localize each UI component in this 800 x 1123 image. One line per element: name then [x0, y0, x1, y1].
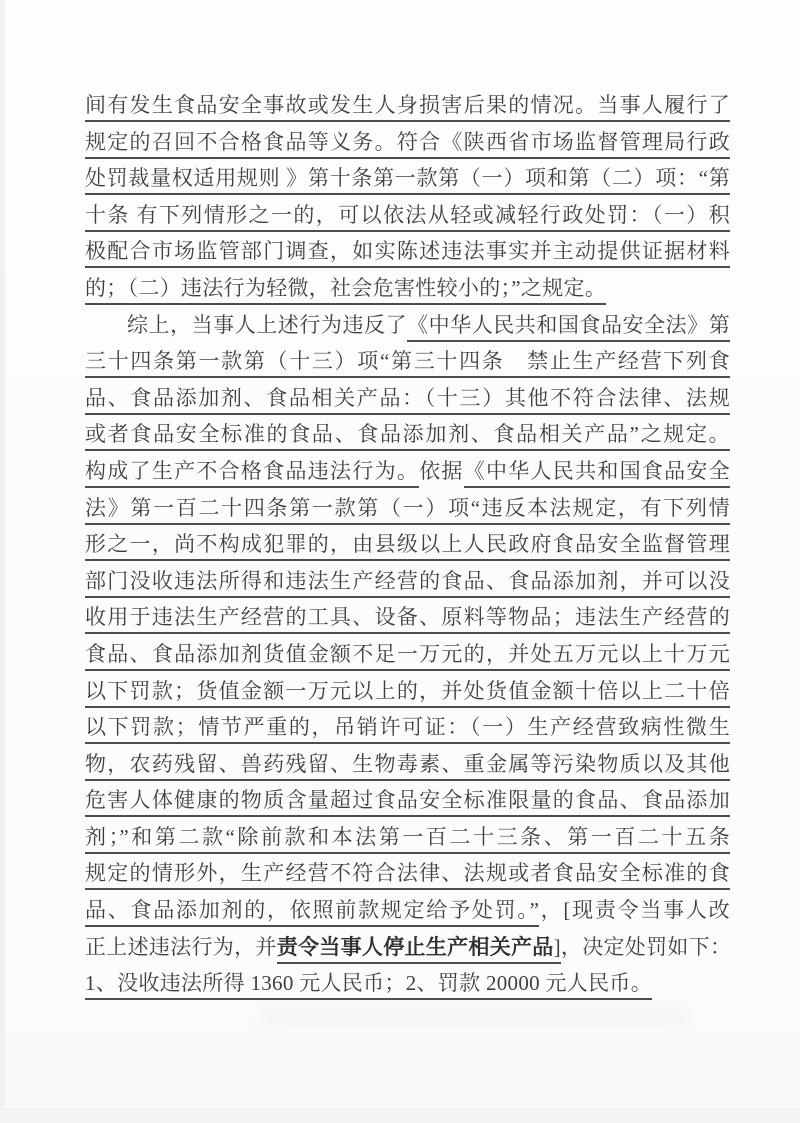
underlined-text-segment: 的；（二）违法行为轻微，社会危害性较小的；”之规定。	[85, 276, 606, 305]
underlined-text-segment: 形之一，尚不构成犯罪的，由县级以上人民政府食品安全监督管理	[85, 532, 730, 561]
text-line: 品、食品添加剂、食品相关产品：（十三）其他不符合法律、法规	[85, 380, 730, 417]
text-line: 正上述违法行为，并责令当事人停止生产相关产品]，决定处罚如下：	[85, 929, 730, 966]
text-line: 部门没收违法所得和违法生产经营的食品、食品添加剂，并可以没	[85, 563, 730, 600]
underlined-text-segment: 《中华人民共和国食品安全	[464, 459, 730, 488]
underlined-text-segment: 责令当事人停止生产相关产品	[277, 935, 554, 964]
text-line: 处罚裁量权适用规则 》第十条第一款第（一）项和第（二）项：“第	[85, 160, 730, 197]
scan-smudge-artifact	[260, 1006, 690, 1026]
text-line: 以下罚款；货值金额一万元以上的，并处货值金额十倍以上二十倍	[85, 673, 730, 710]
underlined-text-segment: 极配合市场监管部门调查，如实陈述违法事实并主动提供证据材料	[85, 239, 730, 268]
underlined-text-segment: 《中华人民共和国食品安全法》第	[407, 313, 730, 342]
text-line: 法》第一百二十四条第一款第（一）项“违反本法规定，有下列情	[85, 490, 730, 527]
underlined-text-segment: 收用于违法生产经营的工具、设备、原料等物品；违法生产经营的	[85, 605, 730, 634]
underlined-text-segment: ]	[554, 935, 561, 964]
text-line: 三十四条第一款第（十三）项“第三十四条 禁止生产经营下列食	[85, 343, 730, 380]
underlined-text-segment: 食品、食品添加剂货值金额不足一万元的，并处五万元以上十万元	[85, 642, 730, 671]
text-line: 综上，当事人上述行为违反了《中华人民共和国食品安全法》第	[85, 307, 730, 344]
text-segment: 正上述违法行为，并	[85, 935, 277, 959]
underlined-text-segment: 规定的召回不合格食品等义务。符合《陕西省市场监督管理局行政	[85, 130, 730, 159]
text-block: 间有发生食品安全事故或发生人身损害后果的情况。当事人履行了规定的召回不合格食品等…	[85, 87, 730, 1002]
text-line: 规定的召回不合格食品等义务。符合《陕西省市场监督管理局行政	[85, 124, 730, 161]
text-line: 形之一，尚不构成犯罪的，由县级以上人民政府食品安全监督管理	[85, 526, 730, 563]
underlined-text-segment: 1、没收违法所得 1360 元人民币；2、罚款 20000 元人民币。	[85, 971, 652, 1000]
text-segment: ，[现责令当事人改	[539, 898, 730, 922]
text-line: 1、没收违法所得 1360 元人民币；2、罚款 20000 元人民币。	[85, 965, 730, 1002]
text-segment: ，决定处罚如下：	[561, 935, 731, 959]
scan-edge-shadow-left	[0, 0, 5, 1123]
text-segment: 依据	[419, 459, 464, 483]
underlined-text-segment: 间有发生食品安全事故或发生人身损害后果的情况。当事人履行了	[85, 93, 730, 122]
underlined-text-segment: 部门没收违法所得和违法生产经营的食品、食品添加剂，并可以没	[85, 569, 730, 598]
scanned-document-page: 间有发生食品安全事故或发生人身损害后果的情况。当事人履行了规定的召回不合格食品等…	[0, 0, 800, 1123]
scan-edge-shadow-bottom	[0, 1109, 800, 1123]
underlined-text-segment: 物，农药残留、兽药残留、生物毒素、重金属等污染物质以及其他	[85, 752, 730, 781]
text-line: 或者食品安全标准的食品、食品添加剂、食品相关产品”之规定。	[85, 416, 730, 453]
text-line: 危害人体健康的物质含量超过食品安全标准限量的食品、食品添加	[85, 782, 730, 819]
text-line: 剂；”和第二款“除前款和本法第一百二十三条、第一百二十五条	[85, 819, 730, 856]
underlined-text-segment: 规定的情形外，生产经营不符合法律、法规或者食品安全标准的食	[85, 861, 730, 890]
underlined-text-segment: 三十四条第一款第（十三）项“第三十四条 禁止生产经营下列食	[85, 349, 730, 378]
text-line: 收用于违法生产经营的工具、设备、原料等物品；违法生产经营的	[85, 599, 730, 636]
underlined-text-segment: 品、食品添加剂、食品相关产品：（十三）其他不符合法律、法规	[85, 386, 730, 415]
text-line: 十条 有下列情形之一的，可以依法从轻或减轻行政处罚：（一）积	[85, 197, 730, 234]
text-line: 极配合市场监管部门调查，如实陈述违法事实并主动提供证据材料	[85, 233, 730, 270]
underlined-text-segment: 剂；”和第二款“除前款和本法第一百二十三条、第一百二十五条	[85, 825, 730, 854]
text-line: 的；（二）违法行为轻微，社会危害性较小的；”之规定。	[85, 270, 730, 307]
text-line: 构成了生产不合格食品违法行为。依据《中华人民共和国食品安全	[85, 453, 730, 490]
text-line: 物，农药残留、兽药残留、生物毒素、重金属等污染物质以及其他	[85, 746, 730, 783]
underlined-text-segment: 法》第一百二十四条第一款第（一）项“违反本法规定，有下列情	[85, 496, 730, 525]
underlined-text-segment: 构成了生产不合格食品违法行为。	[85, 459, 419, 488]
underlined-text-segment: 处罚裁量权适用规则 》第十条第一款第（一）项和第（二）项：“第	[85, 166, 730, 195]
underlined-text-segment: 品、食品添加剂的，依照前款规定给予处罚。”	[85, 898, 539, 927]
text-line: 间有发生食品安全事故或发生人身损害后果的情况。当事人履行了	[85, 87, 730, 124]
text-line: 以下罚款；情节严重的，吊销许可证：（一）生产经营致病性微生	[85, 709, 730, 746]
underlined-text-segment: 以下罚款；货值金额一万元以上的，并处货值金额十倍以上二十倍	[85, 679, 730, 708]
text-line: 食品、食品添加剂货值金额不足一万元的，并处五万元以上十万元	[85, 636, 730, 673]
underlined-text-segment: 危害人体健康的物质含量超过食品安全标准限量的食品、食品添加	[85, 788, 730, 817]
text-line: 品、食品添加剂的，依照前款规定给予处罚。”，[现责令当事人改	[85, 892, 730, 929]
text-line: 规定的情形外，生产经营不符合法律、法规或者食品安全标准的食	[85, 855, 730, 892]
underlined-text-segment: 以下罚款；情节严重的，吊销许可证：（一）生产经营致病性微生	[85, 715, 730, 744]
underlined-text-segment: 或者食品安全标准的食品、食品添加剂、食品相关产品”之规定。	[85, 422, 730, 451]
underlined-text-segment: 十条 有下列情形之一的，可以依法从轻或减轻行政处罚：（一）积	[85, 203, 730, 232]
text-segment: 综上，当事人上述行为违反了	[127, 313, 407, 337]
